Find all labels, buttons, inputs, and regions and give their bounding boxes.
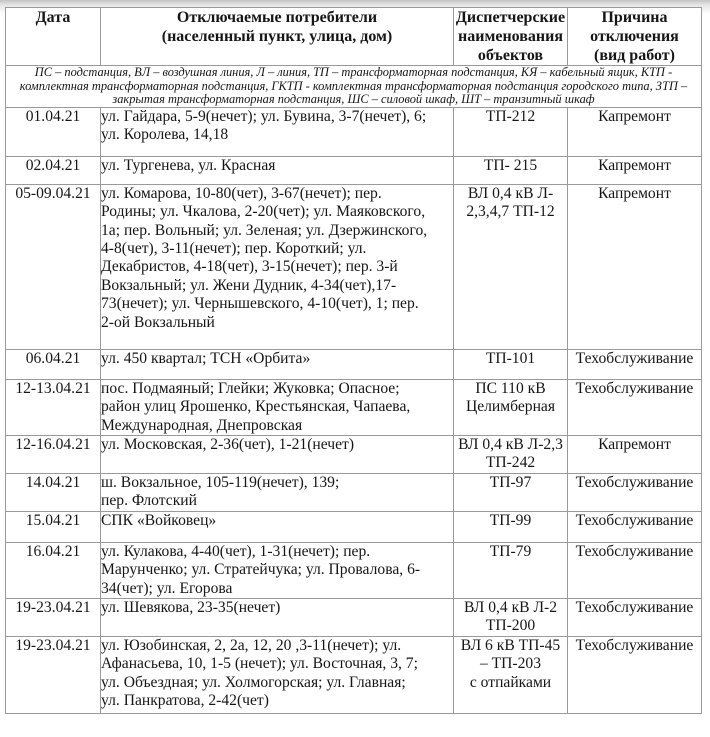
table-row: 14.04.21ш. Вокзальное, 105-119(нечет), 1… [6, 474, 702, 512]
table-row: 19-23.04.21ул. Шевякова, 23-35(нечет)ВЛ … [6, 599, 702, 637]
outage-reason: Техобслуживание [568, 349, 702, 379]
table-row: 12-16.04.21ул. Московская, 2-36(чет), 1-… [6, 436, 702, 474]
header-row: Дата Отключаемые потребители (населенный… [6, 8, 702, 66]
dispatch-object-name: ВЛ 0,4 кВ Л-2 ТП-200 [454, 599, 568, 637]
header-dispatch-names: Диспетчерские наименования объектов [454, 8, 568, 66]
outage-reason: Техобслуживание [568, 636, 702, 713]
table-row: 15.04.21СПК «Войковец»ТП-99Техобслуживан… [6, 511, 702, 542]
outage-date: 19-23.04.21 [6, 599, 101, 637]
abbreviation-legend-row: ПС – подстанция, ВЛ – воздушная линия, Л… [6, 66, 702, 108]
dispatch-object-name: ВЛ 0,4 кВ Л-2,3 ТП-242 [454, 436, 568, 474]
outage-reason: Техобслуживание [568, 599, 702, 637]
dispatch-object-name: ВЛ 6 кВ ТП-45 – ТП-203 с отпайками [454, 636, 568, 713]
affected-consumers: ул. Юзобинская, 2, 2а, 12, 20 ,3-11(нече… [101, 636, 454, 713]
affected-consumers: пос. Подмаяный; Глейки; Жуковка; Опасное… [101, 379, 454, 435]
outage-date: 12-16.04.21 [6, 436, 101, 474]
outage-date: 05-09.04.21 [6, 184, 101, 349]
affected-consumers: ул. Гайдара, 5-9(нечет); ул. Бувина, 3-7… [101, 107, 454, 156]
dispatch-object-name: ТП-79 [454, 542, 568, 598]
abbreviation-legend: ПС – подстанция, ВЛ – воздушная линия, Л… [6, 66, 702, 108]
dispatch-object-name: ТП-212 [454, 107, 568, 156]
outage-reason: Капремонт [568, 156, 702, 184]
outage-date: 02.04.21 [6, 156, 101, 184]
outage-date: 15.04.21 [6, 511, 101, 542]
outage-reason: Капремонт [568, 107, 702, 156]
table-row: 01.04.21ул. Гайдара, 5-9(нечет); ул. Був… [6, 107, 702, 156]
affected-consumers: ул. Московская, 2-36(чет), 1-21(нечет) [101, 436, 454, 474]
dispatch-object-name: ПС 110 кВ Целимберная [454, 379, 568, 435]
table-row: 12-13.04.21пос. Подмаяный; Глейки; Жуков… [6, 379, 702, 435]
outage-date: 01.04.21 [6, 107, 101, 156]
table-row: 05-09.04.21ул. Комарова, 10-80(чет), 3-6… [6, 184, 702, 349]
header-reason: Причина отключения (вид работ) [568, 8, 702, 66]
dispatch-object-name: ВЛ 0,4 кВ Л- 2,3,4,7 ТП-12 [454, 184, 568, 349]
affected-consumers: ул. Кулакова, 4-40(чет), 1-31(нечет); пе… [101, 542, 454, 598]
affected-consumers: ул. Комарова, 10-80(чет), 3-67(нечет); п… [101, 184, 454, 349]
outage-reason: Техобслуживание [568, 474, 702, 512]
outage-date: 19-23.04.21 [6, 636, 101, 713]
table-row: 16.04.21ул. Кулакова, 4-40(чет), 1-31(не… [6, 542, 702, 598]
affected-consumers: ул. 450 квартал; ТСН «Орбита» [101, 349, 454, 379]
dispatch-object-name: ТП-99 [454, 511, 568, 542]
table-header: Дата Отключаемые потребители (населенный… [6, 8, 702, 66]
outage-reason: Техобслуживание [568, 542, 702, 598]
dispatch-object-name: ТП-97 [454, 474, 568, 512]
outage-reason: Техобслуживание [568, 379, 702, 435]
header-date: Дата [6, 8, 101, 66]
table-row: 19-23.04.21ул. Юзобинская, 2, 2а, 12, 20… [6, 636, 702, 713]
outage-date: 16.04.21 [6, 542, 101, 598]
affected-consumers: СПК «Войковец» [101, 511, 454, 542]
table-row: 06.04.21ул. 450 квартал; ТСН «Орбита»ТП-… [6, 349, 702, 379]
outage-date: 12-13.04.21 [6, 379, 101, 435]
affected-consumers: ш. Вокзальное, 105-119(нечет), 139; пер.… [101, 474, 454, 512]
header-consumers: Отключаемые потребители (населенный пунк… [101, 8, 454, 66]
dispatch-object-name: ТП-101 [454, 349, 568, 379]
power-outage-schedule-table: Дата Отключаемые потребители (населенный… [5, 7, 702, 714]
outage-reason: Капремонт [568, 436, 702, 474]
dispatch-object-name: ТП- 215 [454, 156, 568, 184]
outage-date: 14.04.21 [6, 474, 101, 512]
schedule-rows: 01.04.21ул. Гайдара, 5-9(нечет); ул. Був… [6, 107, 702, 713]
affected-consumers: ул. Тургенева, ул. Красная [101, 156, 454, 184]
outage-reason: Техобслуживание [568, 511, 702, 542]
outage-reason: Капремонт [568, 184, 702, 349]
table-row: 02.04.21ул. Тургенева, ул. КраснаяТП- 21… [6, 156, 702, 184]
outage-date: 06.04.21 [6, 349, 101, 379]
legend-section: ПС – подстанция, ВЛ – воздушная линия, Л… [6, 66, 702, 108]
affected-consumers: ул. Шевякова, 23-35(нечет) [101, 599, 454, 637]
